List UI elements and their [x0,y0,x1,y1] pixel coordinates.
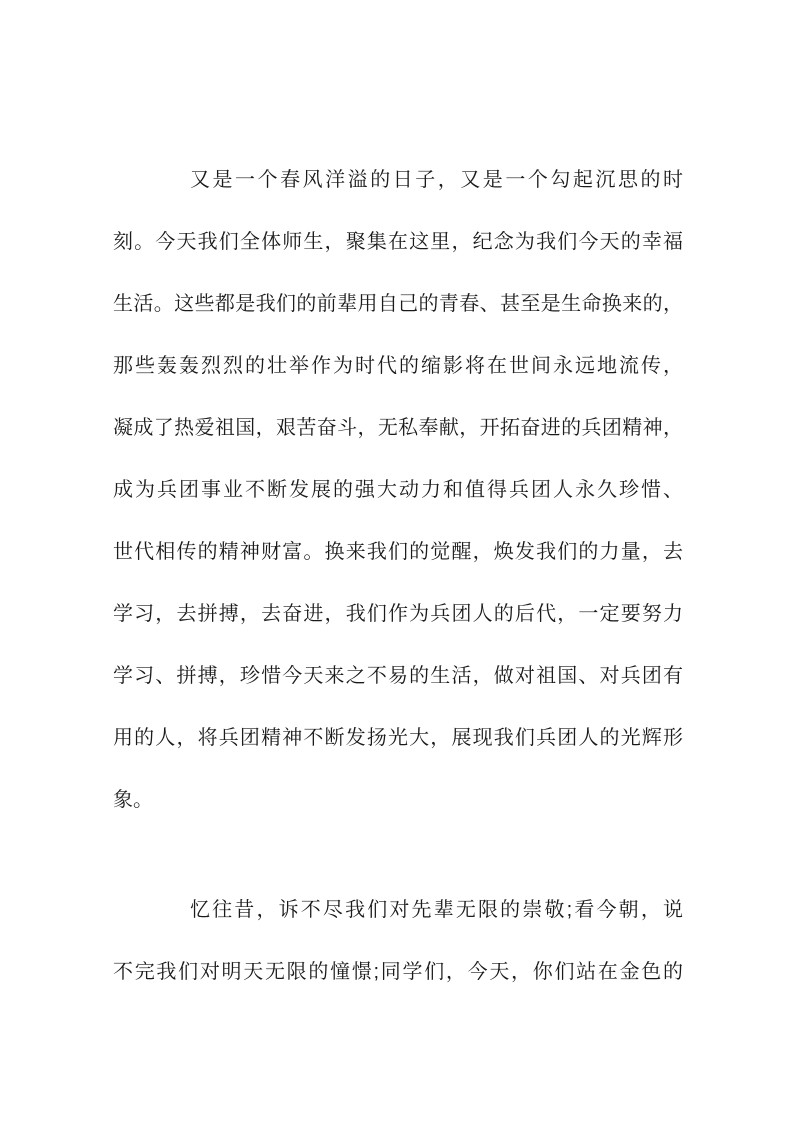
text-line: 成为兵团事业不断发展的强大动力和值得兵团人永久珍惜、 [113,459,683,521]
text-line: 用的人，将兵团精神不断发扬光大，展现我们兵团人的光辉形 [113,707,683,769]
text-line: 生活。这些都是我们的前辈用自己的青春、甚至是生命换来的， [113,273,683,335]
paragraph-2: 忆往昔，诉不尽我们对先辈无限的崇敬;看今朝，说不完我们对明天无限的憧憬;同学们，… [113,879,683,1003]
document-body: 又是一个春风洋溢的日子，又是一个勾起沉思的时刻。今天我们全体师生，聚集在这里，纪… [113,149,683,1003]
text-line: 又是一个春风洋溢的日子，又是一个勾起沉思的时 [113,149,683,211]
text-line: 那些轰轰烈烈的壮举作为时代的缩影将在世间永远地流传， [113,335,683,397]
paragraph-1: 又是一个春风洋溢的日子，又是一个勾起沉思的时刻。今天我们全体师生，聚集在这里，纪… [113,149,683,831]
document-page: 又是一个春风洋溢的日子，又是一个勾起沉思的时刻。今天我们全体师生，聚集在这里，纪… [0,0,793,1122]
text-line: 世代相传的精神财富。换来我们的觉醒，焕发我们的力量，去 [113,521,683,583]
text-line: 学习，去拼搏，去奋进，我们作为兵团人的后代，一定要努力 [113,583,683,645]
text-line: 忆往昔，诉不尽我们对先辈无限的崇敬;看今朝，说 [113,879,683,941]
text-line: 刻。今天我们全体师生，聚集在这里，纪念为我们今天的幸福 [113,211,683,273]
text-line: 学习、拼搏，珍惜今天来之不易的生活，做对祖国、对兵团有 [113,645,683,707]
text-line: 不完我们对明天无限的憧憬;同学们，今天，你们站在金色的 [113,941,683,1003]
text-line: 凝成了热爱祖国，艰苦奋斗，无私奉献，开拓奋进的兵团精神， [113,397,683,459]
text-line: 象。 [113,769,683,831]
